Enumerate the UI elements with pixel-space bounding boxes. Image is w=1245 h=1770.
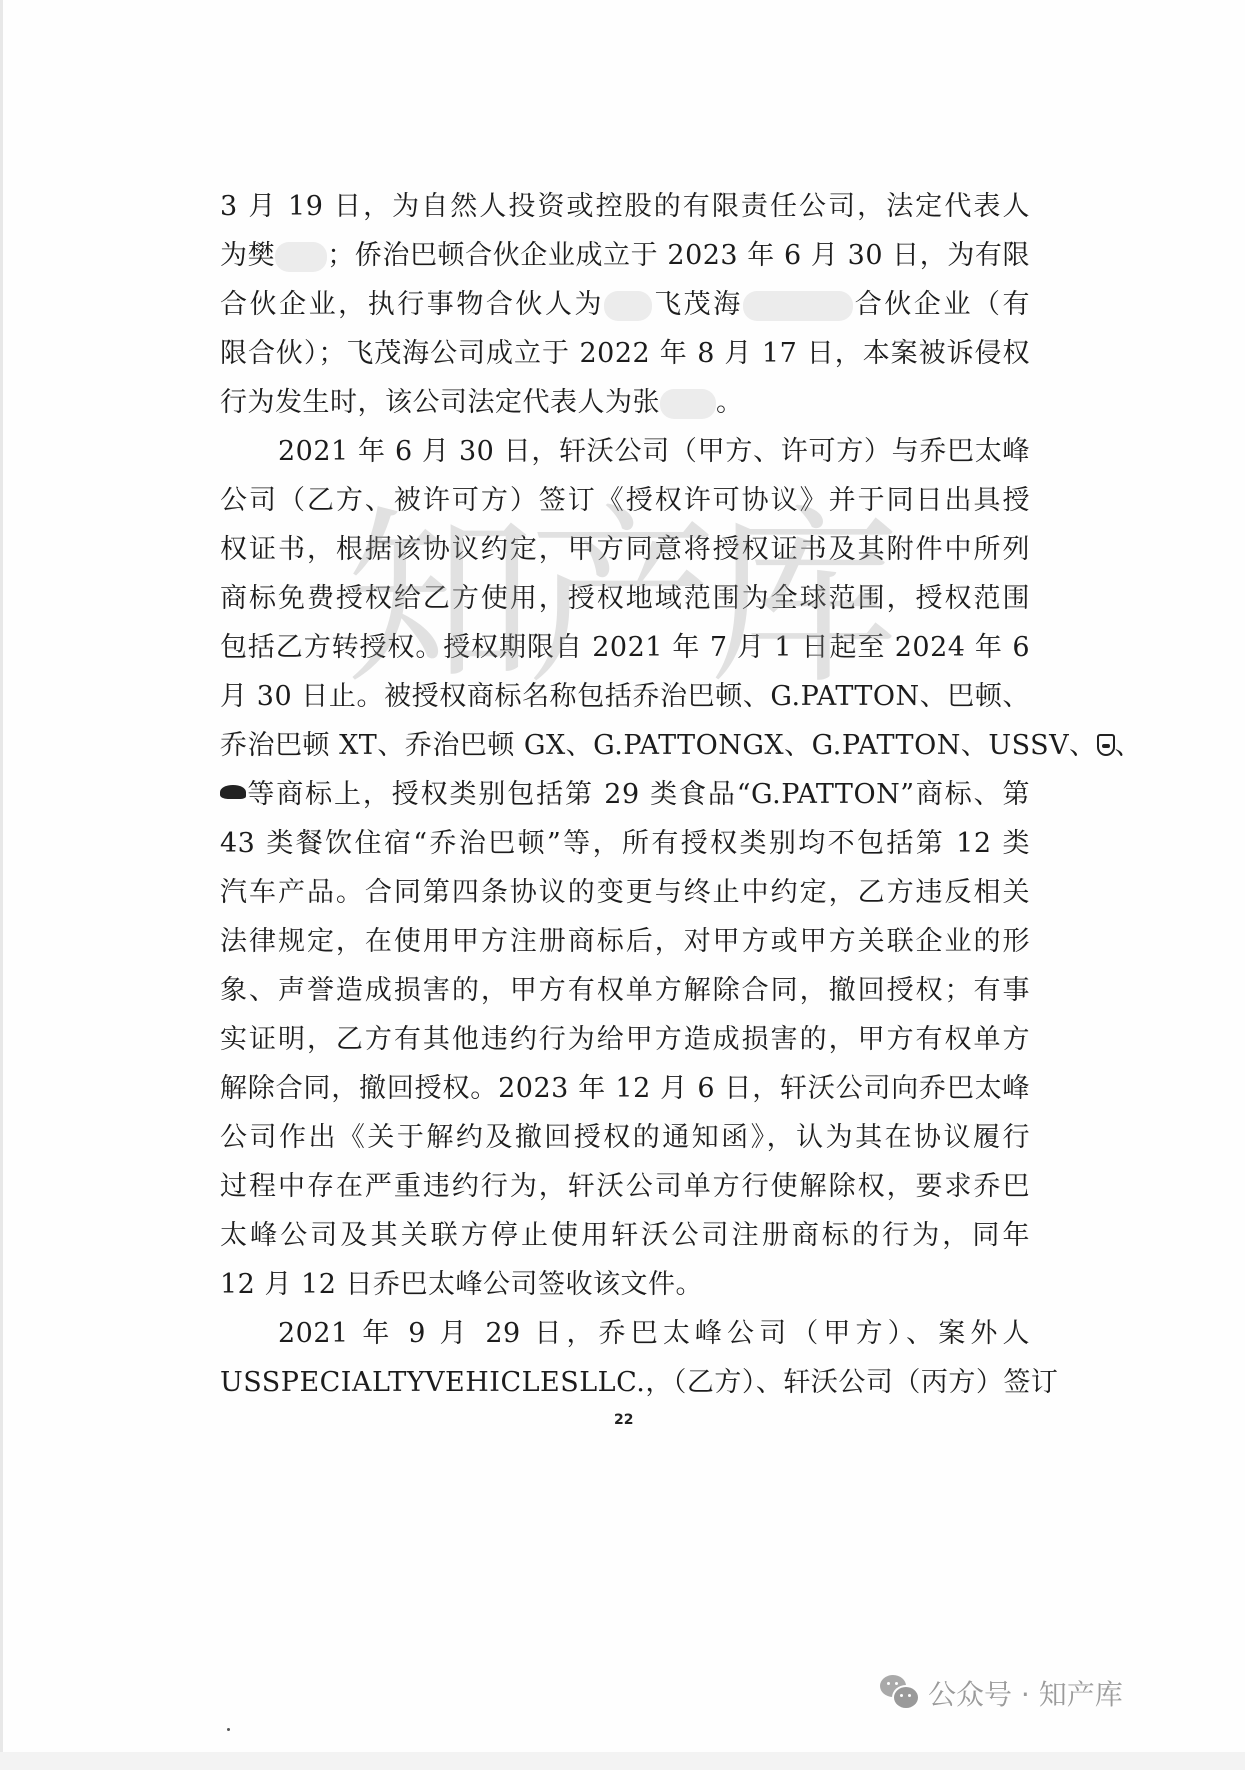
text-line: 等商标上，授权类别包括第 29 类食品“G.PATTON”商标、第 — [220, 770, 1030, 819]
redaction-blur — [604, 291, 652, 321]
line-text: 公司（乙方、被许可方）签订《授权许可协议》并于同日出具授 — [220, 485, 1030, 516]
scan-speck — [227, 1728, 230, 1731]
line-text: 2021 年 6 月 30 日，轩沃公司（甲方、许可方）与乔巴太峰 — [278, 436, 1030, 467]
document-body: 3 月 19 日，为自然人投资或控股的有限责任公司，法定代表人 为樊；侨治巴顿合… — [220, 182, 1030, 1407]
line-text: 为樊 — [220, 240, 275, 271]
line-text: 解除合同，撤回授权。2023 年 12 月 6 日，轩沃公司向乔巴太峰 — [220, 1073, 1030, 1104]
text-line: 乔治巴顿 XT、乔治巴顿 GX、G.PATTONGX、G.PATTON、USSV… — [220, 721, 1030, 770]
line-text: 、 — [1115, 730, 1143, 761]
line-text: 合伙企业，执行事物合伙人为 — [220, 289, 604, 320]
line-text: 法律规定，在使用甲方注册商标后，对甲方或甲方关联企业的形 — [220, 926, 1030, 957]
redaction-blur — [275, 242, 327, 272]
line-text: 太峰公司及其关联方停止使用轩沃公司注册商标的行为，同年 — [220, 1220, 1030, 1251]
line-text: 权证书，根据该协议约定，甲方同意将授权证书及其附件中所列 — [220, 534, 1030, 565]
line-text: 3 月 19 日，为自然人投资或控股的有限责任公司，法定代表人 — [220, 191, 1030, 222]
shield-trademark-icon — [1097, 734, 1115, 756]
line-text: 过程中存在严重违约行为，轩沃公司单方行使解除权，要求乔巴 — [220, 1171, 1030, 1202]
text-line: 公司（乙方、被许可方）签订《授权许可协议》并于同日出具授 — [220, 476, 1030, 525]
redaction-blur — [660, 389, 716, 419]
wechat-icon — [880, 1675, 920, 1711]
line-text: 合伙企业（有 — [853, 289, 1030, 320]
text-line: 包括乙方转授权。授权期限自 2021 年 7 月 1 日起至 2024 年 6 — [220, 623, 1030, 672]
page-edge — [0, 0, 3, 1770]
line-text: 行为发生时，该公司法定代表人为张 — [220, 387, 660, 418]
document-page: 3 月 19 日，为自然人投资或控股的有限责任公司，法定代表人 为樊；侨治巴顿合… — [0, 0, 1245, 1770]
footer-brand-label: 公众号 · 知产库 — [928, 1673, 1123, 1713]
text-line: 12 月 12 日乔巴太峰公司签收该文件。 — [220, 1260, 1030, 1309]
text-line: 2021 年 9 月 29 日，乔巴太峰公司（甲方）、案外人 — [220, 1309, 1030, 1358]
line-text: 等商标上，授权类别包括第 29 类食品“G.PATTON”商标、第 — [246, 779, 1030, 810]
line-text: 汽车产品。合同第四条协议的变更与终止中约定，乙方违反相关 — [220, 877, 1030, 908]
text-line: 过程中存在严重违约行为，轩沃公司单方行使解除权，要求乔巴 — [220, 1162, 1030, 1211]
text-line: 限合伙）；飞茂海公司成立于 2022 年 8 月 17 日，本案被诉侵权 — [220, 329, 1030, 378]
line-text: 12 月 12 日乔巴太峰公司签收该文件。 — [220, 1269, 703, 1300]
text-line: 合伙企业，执行事物合伙人为飞茂海合伙企业（有 — [220, 280, 1030, 329]
text-line: 为樊；侨治巴顿合伙企业成立于 2023 年 6 月 30 日，为有限 — [220, 231, 1030, 280]
footer-brand: 公众号 · 知产库 — [880, 1673, 1123, 1713]
line-text: 飞茂海 — [652, 289, 743, 320]
line-text: USSPECIALTYVEHICLESLLC.，（乙方）、轩沃公司（丙方）签订 — [220, 1367, 1058, 1398]
line-text: 公司作出《关于解约及撤回授权的通知函》，认为其在协议履行 — [220, 1122, 1030, 1153]
text-line: 权证书，根据该协议约定，甲方同意将授权证书及其附件中所列 — [220, 525, 1030, 574]
line-text: 限合伙）；飞茂海公司成立于 2022 年 8 月 17 日，本案被诉侵权 — [220, 338, 1030, 369]
text-line: 汽车产品。合同第四条协议的变更与终止中约定，乙方违反相关 — [220, 868, 1030, 917]
page-number: 22 — [614, 1412, 633, 1428]
turtle-trademark-icon — [220, 785, 246, 799]
text-line: 实证明，乙方有其他违约行为给甲方造成损害的，甲方有权单方 — [220, 1015, 1030, 1064]
text-line: 商标免费授权给乙方使用，授权地域范围为全球范围，授权范围 — [220, 574, 1030, 623]
line-text: 乔治巴顿 XT、乔治巴顿 GX、G.PATTONGX、G.PATTON、USSV… — [220, 730, 1097, 761]
text-line: 月 30 日止。被授权商标名称包括乔治巴顿、G.PATTON、巴顿、 — [220, 672, 1030, 721]
line-text: 实证明，乙方有其他违约行为给甲方造成损害的，甲方有权单方 — [220, 1024, 1030, 1055]
text-line: 法律规定，在使用甲方注册商标后，对甲方或甲方关联企业的形 — [220, 917, 1030, 966]
text-line: 公司作出《关于解约及撤回授权的通知函》，认为其在协议履行 — [220, 1113, 1030, 1162]
line-text: 商标免费授权给乙方使用，授权地域范围为全球范围，授权范围 — [220, 583, 1030, 614]
line-text: 象、声誉造成损害的，甲方有权单方解除合同，撤回授权；有事 — [220, 975, 1030, 1006]
line-text: 2021 年 9 月 29 日，乔巴太峰公司（甲方）、案外人 — [278, 1318, 1030, 1349]
text-line: 3 月 19 日，为自然人投资或控股的有限责任公司，法定代表人 — [220, 182, 1030, 231]
redaction-blur — [743, 291, 853, 321]
line-text: ；侨治巴顿合伙企业成立于 2023 年 6 月 30 日，为有限 — [327, 240, 1030, 271]
text-line: USSPECIALTYVEHICLESLLC.，（乙方）、轩沃公司（丙方）签订 — [220, 1358, 1030, 1407]
bottom-edge — [0, 1752, 1245, 1770]
text-line: 太峰公司及其关联方停止使用轩沃公司注册商标的行为，同年 — [220, 1211, 1030, 1260]
text-line: 行为发生时，该公司法定代表人为张。 — [220, 378, 1030, 427]
text-line: 2021 年 6 月 30 日，轩沃公司（甲方、许可方）与乔巴太峰 — [220, 427, 1030, 476]
line-text: 43 类餐饮住宿“乔治巴顿”等，所有授权类别均不包括第 12 类 — [220, 828, 1030, 859]
line-text: 月 30 日止。被授权商标名称包括乔治巴顿、G.PATTON、巴顿、 — [220, 681, 1030, 712]
line-text: 。 — [716, 387, 744, 418]
text-line: 解除合同，撤回授权。2023 年 12 月 6 日，轩沃公司向乔巴太峰 — [220, 1064, 1030, 1113]
text-line: 象、声誉造成损害的，甲方有权单方解除合同，撤回授权；有事 — [220, 966, 1030, 1015]
text-line: 43 类餐饮住宿“乔治巴顿”等，所有授权类别均不包括第 12 类 — [220, 819, 1030, 868]
line-text: 包括乙方转授权。授权期限自 2021 年 7 月 1 日起至 2024 年 6 — [220, 632, 1030, 663]
